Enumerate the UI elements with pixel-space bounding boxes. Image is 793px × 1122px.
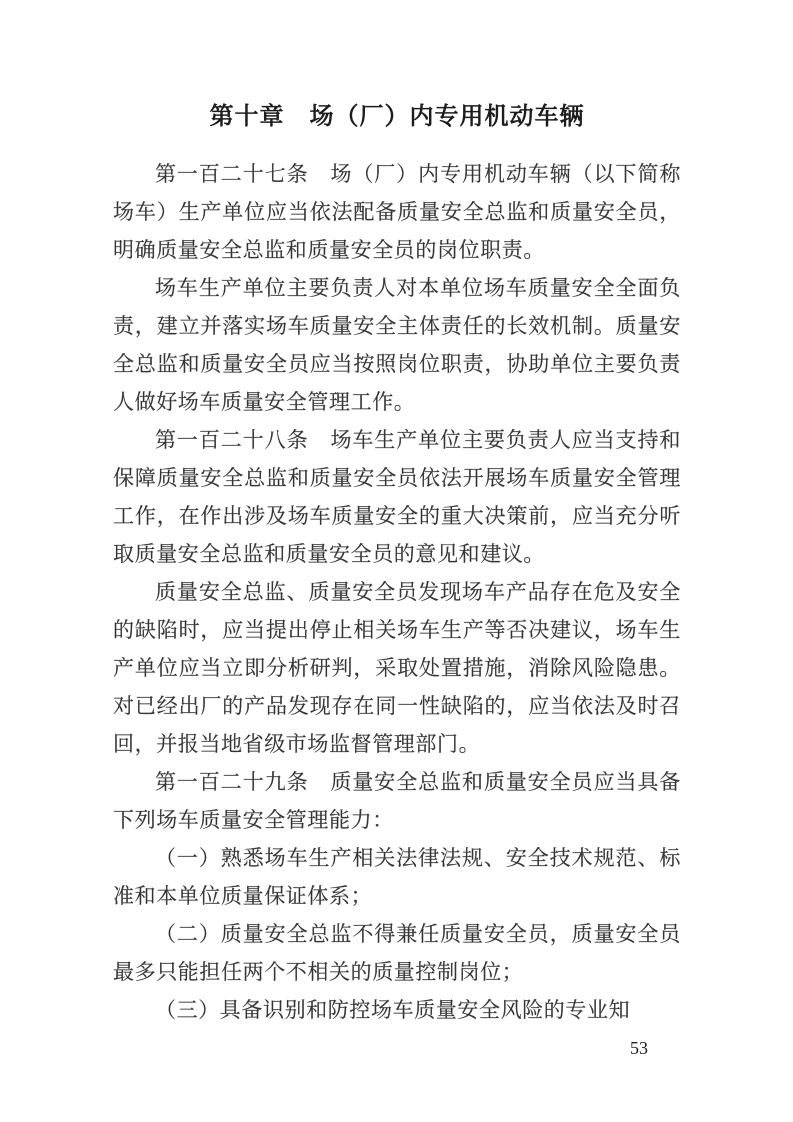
paragraph-item-1: （一）熟悉场车生产相关法律法规、安全技术规范、标准和本单位质量保证体系； (113, 839, 681, 915)
paragraph-article-127-cont: 场车生产单位主要负责人对本单位场车质量安全全面负责，建立并落实场车质量安全主体责… (113, 269, 681, 421)
paragraph-item-3: （三）具备识别和防控场车质量安全风险的专业知 (113, 991, 681, 1029)
paragraph-article-128-cont: 质量安全总监、质量安全员发现场车产品存在危及安全的缺陷时，应当提出停止相关场车生… (113, 573, 681, 763)
document-page: 第十章 场（厂）内专用机动车辆 第一百二十七条 场（厂）内专用机动车辆（以下简称… (0, 0, 793, 1122)
page-number: 53 (630, 1038, 648, 1059)
chapter-title: 第十章 场（厂）内专用机动车辆 (113, 99, 681, 135)
paragraph-item-2: （二）质量安全总监不得兼任质量安全员，质量安全员最多只能担任两个不相关的质量控制… (113, 915, 681, 991)
paragraph-article-129: 第一百二十九条 质量安全总监和质量安全员应当具备下列场车质量安全管理能力： (113, 763, 681, 839)
paragraph-article-128: 第一百二十八条 场车生产单位主要负责人应当支持和保障质量安全总监和质量安全员依法… (113, 421, 681, 573)
paragraph-article-127: 第一百二十七条 场（厂）内专用机动车辆（以下简称场车）生产单位应当依法配备质量安… (113, 155, 681, 269)
document-content: 第十章 场（厂）内专用机动车辆 第一百二十七条 场（厂）内专用机动车辆（以下简称… (113, 99, 681, 1029)
